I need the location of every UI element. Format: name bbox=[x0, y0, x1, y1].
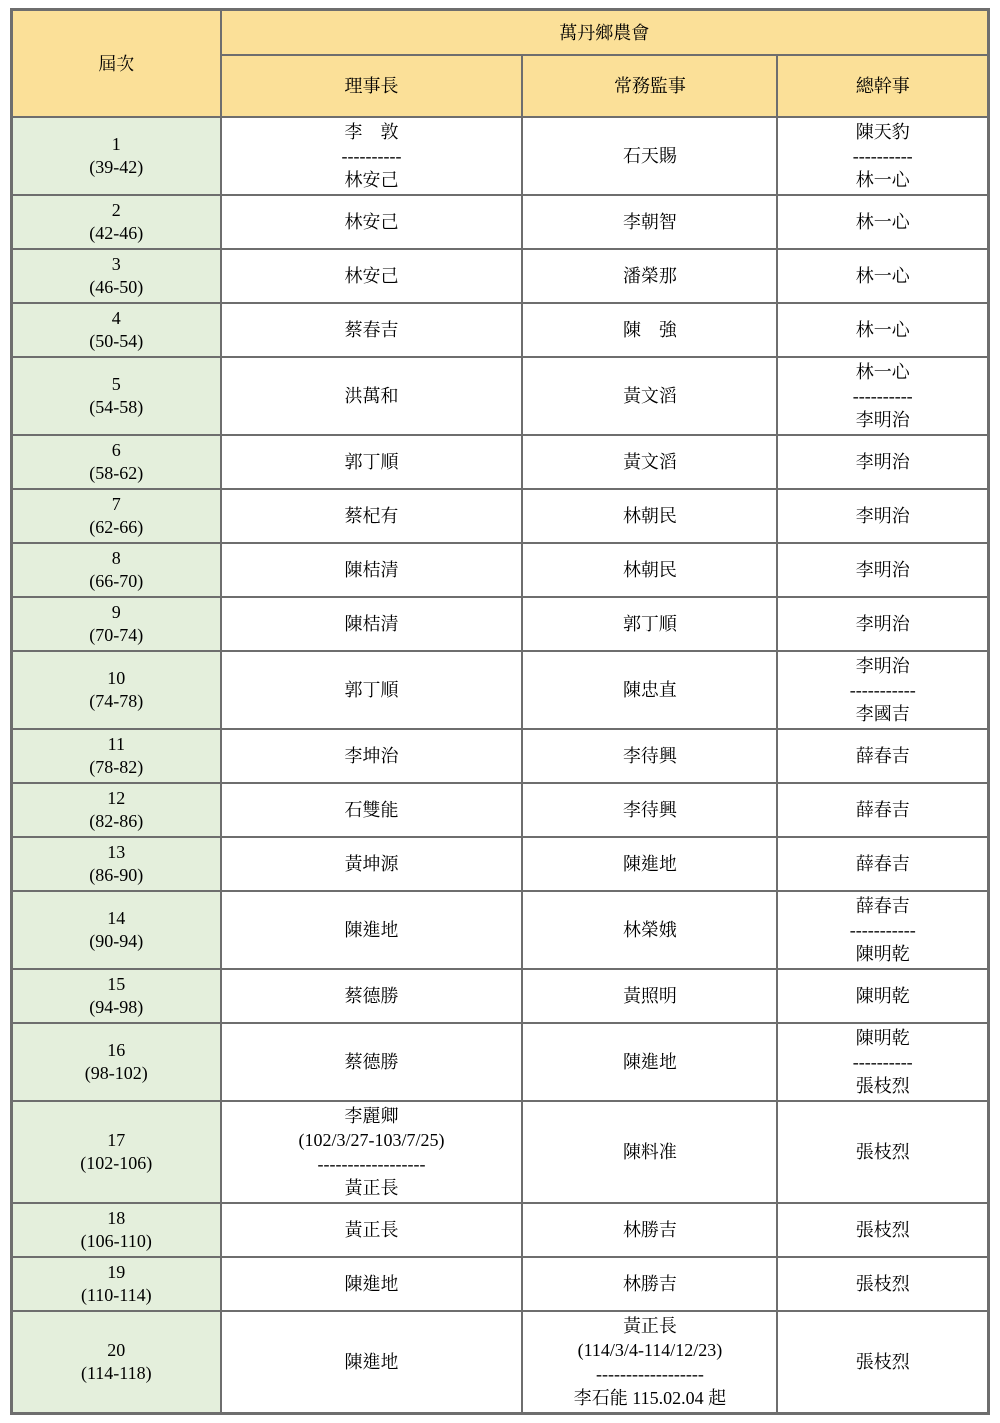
manager-cell: 張枝烈 bbox=[777, 1203, 988, 1257]
chairman-cell: 洪萬和 bbox=[221, 357, 523, 435]
manager-cell: 林一心 ---------- 李明治 bbox=[777, 357, 988, 435]
manager-cell: 張枝烈 bbox=[777, 1101, 988, 1203]
supervisor-cell: 陳 強 bbox=[522, 303, 777, 357]
term-cell: 6 (58-62) bbox=[12, 435, 221, 489]
manager-cell: 李明治 bbox=[777, 489, 988, 543]
term-number: 15 bbox=[17, 973, 216, 996]
leadership-history-table: 屆次 萬丹鄉農會 理事長 常務監事 總幹事 1 (39-42) 李 敦 ----… bbox=[10, 8, 990, 1415]
supervisor-cell: 潘榮那 bbox=[522, 249, 777, 303]
manager-cell: 林一心 bbox=[777, 249, 988, 303]
chairman-cell: 石雙能 bbox=[221, 783, 523, 837]
term-cell: 8 (66-70) bbox=[12, 543, 221, 597]
term-cell: 4 (50-54) bbox=[12, 303, 221, 357]
manager-cell: 薛春吉 bbox=[777, 783, 988, 837]
supervisor-cell: 黃照明 bbox=[522, 969, 777, 1023]
manager-cell: 薛春吉 bbox=[777, 837, 988, 891]
term-years: (70-74) bbox=[17, 624, 216, 647]
supervisor-cell: 黃文滔 bbox=[522, 357, 777, 435]
table-row: 20 (114-118) 陳進地 黃正長 (114/3/4-114/12/23)… bbox=[12, 1311, 989, 1414]
table-row: 2 (42-46) 林安己 李朝智 林一心 bbox=[12, 195, 989, 249]
term-years: (82-86) bbox=[17, 810, 216, 833]
supervisor-cell: 陳進地 bbox=[522, 1023, 777, 1101]
term-years: (86-90) bbox=[17, 864, 216, 887]
supervisor-cell: 黃正長 (114/3/4-114/12/23) ----------------… bbox=[522, 1311, 777, 1414]
term-cell: 15 (94-98) bbox=[12, 969, 221, 1023]
chairman-column-header: 理事長 bbox=[221, 55, 523, 117]
table-row: 4 (50-54) 蔡春吉 陳 強 林一心 bbox=[12, 303, 989, 357]
term-cell: 19 (110-114) bbox=[12, 1257, 221, 1311]
term-number: 13 bbox=[17, 841, 216, 864]
table-row: 19 (110-114) 陳進地 林勝吉 張枝烈 bbox=[12, 1257, 989, 1311]
term-number: 5 bbox=[17, 373, 216, 396]
term-cell: 16 (98-102) bbox=[12, 1023, 221, 1101]
chairman-cell: 李麗卿 (102/3/27-103/7/25) ----------------… bbox=[221, 1101, 523, 1203]
supervisor-cell: 李朝智 bbox=[522, 195, 777, 249]
manager-column-header: 總幹事 bbox=[777, 55, 988, 117]
table-row: 3 (46-50) 林安己 潘榮那 林一心 bbox=[12, 249, 989, 303]
table-row: 10 (74-78) 郭丁順 陳忠直 李明治 ----------- 李國吉 bbox=[12, 651, 989, 729]
term-cell: 17 (102-106) bbox=[12, 1101, 221, 1203]
manager-cell: 張枝烈 bbox=[777, 1311, 988, 1414]
table-row: 5 (54-58) 洪萬和 黃文滔 林一心 ---------- 李明治 bbox=[12, 357, 989, 435]
term-column-header: 屆次 bbox=[12, 10, 221, 118]
term-number: 16 bbox=[17, 1039, 216, 1062]
supervisor-cell: 李待興 bbox=[522, 783, 777, 837]
manager-cell: 李明治 ----------- 李國吉 bbox=[777, 651, 988, 729]
manager-cell: 陳明乾 ---------- 張枝烈 bbox=[777, 1023, 988, 1101]
supervisor-cell: 郭丁順 bbox=[522, 597, 777, 651]
table-row: 12 (82-86) 石雙能 李待興 薛春吉 bbox=[12, 783, 989, 837]
table-body: 1 (39-42) 李 敦 ---------- 林安己 石天賜 陳天豹 ---… bbox=[12, 117, 989, 1414]
chairman-cell: 蔡春吉 bbox=[221, 303, 523, 357]
supervisor-cell: 陳進地 bbox=[522, 837, 777, 891]
table-row: 8 (66-70) 陳桔清 林朝民 李明治 bbox=[12, 543, 989, 597]
header-row-org: 屆次 萬丹鄉農會 bbox=[12, 10, 989, 56]
term-cell: 20 (114-118) bbox=[12, 1311, 221, 1414]
chairman-cell: 林安己 bbox=[221, 249, 523, 303]
chairman-cell: 陳進地 bbox=[221, 1311, 523, 1414]
term-years: (50-54) bbox=[17, 330, 216, 353]
term-years: (54-58) bbox=[17, 396, 216, 419]
table-row: 9 (70-74) 陳桔清 郭丁順 李明治 bbox=[12, 597, 989, 651]
term-number: 12 bbox=[17, 787, 216, 810]
manager-cell: 林一心 bbox=[777, 303, 988, 357]
supervisor-column-header: 常務監事 bbox=[522, 55, 777, 117]
table-row: 11 (78-82) 李坤治 李待興 薛春吉 bbox=[12, 729, 989, 783]
supervisor-cell: 陳忠直 bbox=[522, 651, 777, 729]
supervisor-cell: 李待興 bbox=[522, 729, 777, 783]
term-number: 20 bbox=[17, 1339, 216, 1362]
term-cell: 14 (90-94) bbox=[12, 891, 221, 969]
supervisor-cell: 林朝民 bbox=[522, 543, 777, 597]
term-number: 18 bbox=[17, 1207, 216, 1230]
chairman-cell: 陳桔清 bbox=[221, 597, 523, 651]
manager-cell: 薛春吉 ----------- 陳明乾 bbox=[777, 891, 988, 969]
term-number: 17 bbox=[17, 1129, 216, 1152]
table-row: 16 (98-102) 蔡德勝 陳進地 陳明乾 ---------- 張枝烈 bbox=[12, 1023, 989, 1101]
term-years: (102-106) bbox=[17, 1152, 216, 1175]
supervisor-cell: 林勝吉 bbox=[522, 1257, 777, 1311]
supervisor-cell: 陳料准 bbox=[522, 1101, 777, 1203]
term-years: (74-78) bbox=[17, 690, 216, 713]
term-years: (66-70) bbox=[17, 570, 216, 593]
term-years: (46-50) bbox=[17, 276, 216, 299]
term-number: 1 bbox=[17, 133, 216, 156]
term-cell: 11 (78-82) bbox=[12, 729, 221, 783]
chairman-cell: 李坤治 bbox=[221, 729, 523, 783]
manager-cell: 陳明乾 bbox=[777, 969, 988, 1023]
term-years: (78-82) bbox=[17, 756, 216, 779]
term-number: 2 bbox=[17, 199, 216, 222]
term-years: (98-102) bbox=[17, 1062, 216, 1085]
chairman-cell: 陳桔清 bbox=[221, 543, 523, 597]
term-number: 11 bbox=[17, 733, 216, 756]
term-cell: 9 (70-74) bbox=[12, 597, 221, 651]
chairman-cell: 陳進地 bbox=[221, 1257, 523, 1311]
chairman-cell: 黃正長 bbox=[221, 1203, 523, 1257]
term-cell: 10 (74-78) bbox=[12, 651, 221, 729]
term-cell: 12 (82-86) bbox=[12, 783, 221, 837]
table-row: 7 (62-66) 蔡杞有 林朝民 李明治 bbox=[12, 489, 989, 543]
manager-cell: 李明治 bbox=[777, 435, 988, 489]
term-years: (94-98) bbox=[17, 996, 216, 1019]
manager-cell: 陳天豹 ---------- 林一心 bbox=[777, 117, 988, 195]
table-row: 17 (102-106) 李麗卿 (102/3/27-103/7/25) ---… bbox=[12, 1101, 989, 1203]
table-row: 13 (86-90) 黃坤源 陳進地 薛春吉 bbox=[12, 837, 989, 891]
term-years: (110-114) bbox=[17, 1284, 216, 1307]
manager-cell: 張枝烈 bbox=[777, 1257, 988, 1311]
term-years: (58-62) bbox=[17, 462, 216, 485]
table-row: 15 (94-98) 蔡德勝 黃照明 陳明乾 bbox=[12, 969, 989, 1023]
term-number: 6 bbox=[17, 439, 216, 462]
supervisor-cell: 林朝民 bbox=[522, 489, 777, 543]
term-number: 7 bbox=[17, 493, 216, 516]
term-number: 8 bbox=[17, 547, 216, 570]
table-row: 6 (58-62) 郭丁順 黃文滔 李明治 bbox=[12, 435, 989, 489]
term-years: (62-66) bbox=[17, 516, 216, 539]
chairman-cell: 蔡德勝 bbox=[221, 1023, 523, 1101]
term-years: (90-94) bbox=[17, 930, 216, 953]
term-number: 19 bbox=[17, 1261, 216, 1284]
supervisor-cell: 林榮娥 bbox=[522, 891, 777, 969]
term-cell: 2 (42-46) bbox=[12, 195, 221, 249]
manager-cell: 薛春吉 bbox=[777, 729, 988, 783]
page: 屆次 萬丹鄉農會 理事長 常務監事 總幹事 1 (39-42) 李 敦 ----… bbox=[0, 0, 1000, 1423]
table-row: 14 (90-94) 陳進地 林榮娥 薛春吉 ----------- 陳明乾 bbox=[12, 891, 989, 969]
chairman-cell: 郭丁順 bbox=[221, 435, 523, 489]
term-number: 4 bbox=[17, 307, 216, 330]
term-number: 14 bbox=[17, 907, 216, 930]
manager-cell: 李明治 bbox=[777, 543, 988, 597]
table-header: 屆次 萬丹鄉農會 理事長 常務監事 總幹事 bbox=[12, 10, 989, 118]
chairman-cell: 林安己 bbox=[221, 195, 523, 249]
term-cell: 18 (106-110) bbox=[12, 1203, 221, 1257]
chairman-cell: 陳進地 bbox=[221, 891, 523, 969]
term-cell: 3 (46-50) bbox=[12, 249, 221, 303]
term-number: 10 bbox=[17, 667, 216, 690]
term-years: (114-118) bbox=[17, 1362, 216, 1385]
chairman-cell: 李 敦 ---------- 林安己 bbox=[221, 117, 523, 195]
chairman-cell: 蔡德勝 bbox=[221, 969, 523, 1023]
table-row: 1 (39-42) 李 敦 ---------- 林安己 石天賜 陳天豹 ---… bbox=[12, 117, 989, 195]
term-years: (39-42) bbox=[17, 156, 216, 179]
manager-cell: 李明治 bbox=[777, 597, 988, 651]
term-cell: 7 (62-66) bbox=[12, 489, 221, 543]
term-number: 9 bbox=[17, 601, 216, 624]
supervisor-cell: 黃文滔 bbox=[522, 435, 777, 489]
term-cell: 13 (86-90) bbox=[12, 837, 221, 891]
org-title-header: 萬丹鄉農會 bbox=[221, 10, 989, 56]
term-cell: 5 (54-58) bbox=[12, 357, 221, 435]
chairman-cell: 郭丁順 bbox=[221, 651, 523, 729]
term-years: (106-110) bbox=[17, 1230, 216, 1253]
table-row: 18 (106-110) 黃正長 林勝吉 張枝烈 bbox=[12, 1203, 989, 1257]
manager-cell: 林一心 bbox=[777, 195, 988, 249]
term-number: 3 bbox=[17, 253, 216, 276]
supervisor-cell: 石天賜 bbox=[522, 117, 777, 195]
chairman-cell: 黃坤源 bbox=[221, 837, 523, 891]
term-cell: 1 (39-42) bbox=[12, 117, 221, 195]
supervisor-cell: 林勝吉 bbox=[522, 1203, 777, 1257]
term-years: (42-46) bbox=[17, 222, 216, 245]
chairman-cell: 蔡杞有 bbox=[221, 489, 523, 543]
